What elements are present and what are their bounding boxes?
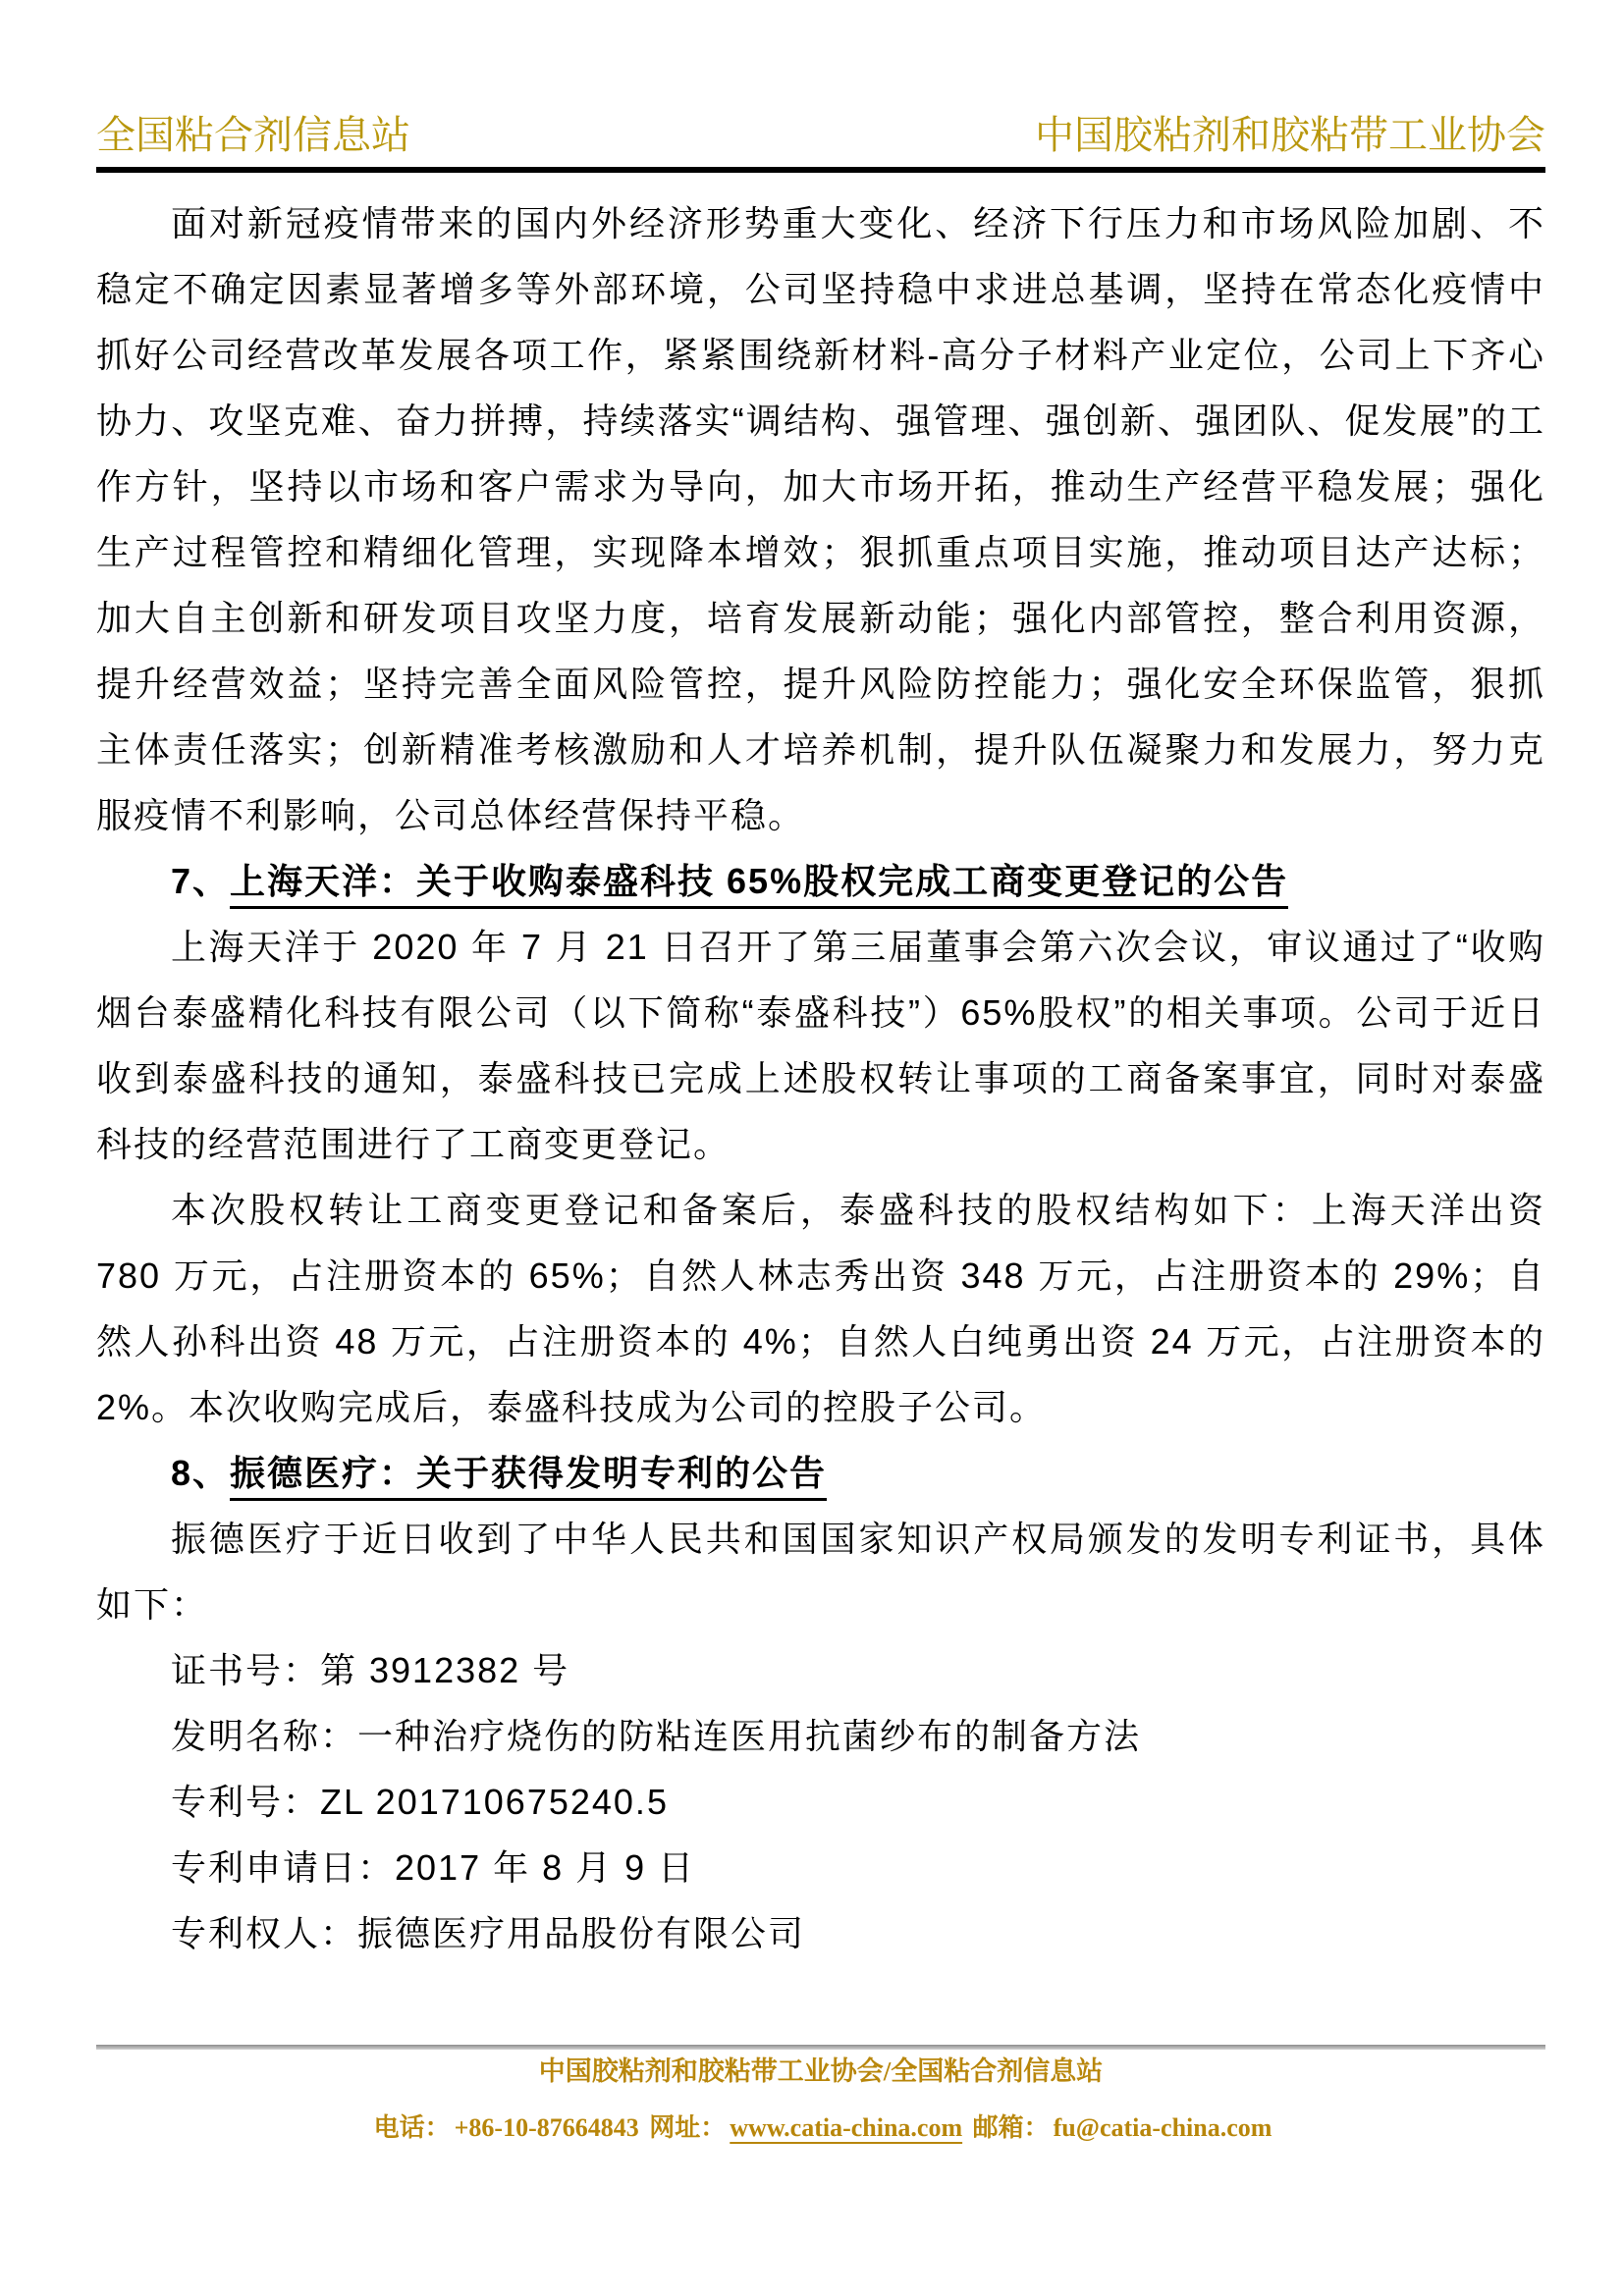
patent-application-date: 专利申请日：2017 年 8 月 9 日 xyxy=(96,1835,1545,1900)
footer-phone-label: 电话： xyxy=(374,2113,451,2142)
document-body: 面对新冠疫情带来的国内外经济形势重大变化、经济下行压力和市场风险加剧、不稳定不确… xyxy=(96,190,1545,1966)
section-7-number: 7、 xyxy=(171,861,230,901)
footer-website-link[interactable]: www.catia-china.com xyxy=(730,2113,962,2142)
section-7-title: 上海天洋：关于收购泰盛科技 65%股权完成工商变更登记的公告 xyxy=(230,861,1288,909)
footer-org-line: 中国胶粘剂和胶粘带工业协会/全国粘合剂信息站 xyxy=(96,2054,1545,2089)
section-8-title: 振德医疗：关于获得发明专利的公告 xyxy=(230,1453,827,1501)
footer-web-label: 网址： xyxy=(649,2113,726,2142)
section-7-heading: 7、上海天洋：关于收购泰盛科技 65%股权完成工商变更登记的公告 xyxy=(96,848,1545,914)
page-footer: 中国胶粘剂和胶粘带工业协会/全国粘合剂信息站 电话：+86-10-8766484… xyxy=(96,2054,1545,2146)
footer-email: fu@catia-china.com xyxy=(1054,2113,1272,2142)
patent-number: 专利号：ZL 201710675240.5 xyxy=(96,1769,1545,1835)
newsletter-page: 全国粘合剂信息站 中国胶粘剂和胶粘带工业协会 面对新冠疫情带来的国内外经济形势重… xyxy=(0,0,1624,2296)
section-8-number: 8、 xyxy=(171,1453,230,1493)
footer-phone: +86-10-87664843 xyxy=(455,2113,639,2142)
section-8-paragraph: 振德医疗于近日收到了中华人民共和国国家知识产权局颁发的发明专利证书，具体如下： xyxy=(96,1506,1545,1637)
page-header: 全国粘合剂信息站 中国胶粘剂和胶粘带工业协会 xyxy=(96,112,1545,173)
header-right-title: 中国胶粘剂和胶粘带工业协会 xyxy=(1035,112,1545,159)
intro-paragraph: 面对新冠疫情带来的国内外经济形势重大变化、经济下行压力和市场风险加剧、不稳定不确… xyxy=(96,190,1545,848)
patent-owner: 专利权人：振德医疗用品股份有限公司 xyxy=(96,1900,1545,1966)
patent-certificate-number: 证书号：第 3912382 号 xyxy=(96,1637,1545,1703)
section-7-paragraph: 本次股权转让工商变更登记和备案后，泰盛科技的股权结构如下：上海天洋出资 780 … xyxy=(96,1177,1545,1440)
footer-divider xyxy=(96,2045,1545,2050)
header-left-title: 全国粘合剂信息站 xyxy=(96,112,410,159)
footer-contact-line: 电话：+86-10-87664843 网址：www.catia-china.co… xyxy=(96,2110,1545,2146)
section-8-heading: 8、振德医疗：关于获得发明专利的公告 xyxy=(96,1440,1545,1506)
footer-email-label: 邮箱： xyxy=(973,2113,1050,2142)
section-7-paragraph: 上海天洋于 2020 年 7 月 21 日召开了第三届董事会第六次会议，审议通过… xyxy=(96,914,1545,1177)
patent-invention-name: 发明名称：一种治疗烧伤的防粘连医用抗菌纱布的制备方法 xyxy=(96,1703,1545,1769)
